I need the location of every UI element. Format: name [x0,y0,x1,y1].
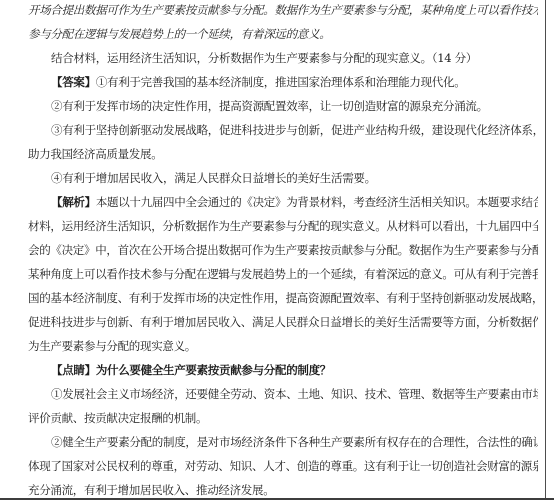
text-line-5: ②有利于发挥市场的决定性作用，提高资源配置效率，让一切创造财富的源泉充分涌流。 [28,94,538,118]
line-text: ②有利于发挥市场的决定性作用，提高资源配置效率，让一切创造财富的源泉充分涌流。 [51,99,488,113]
line-text: ④有利于增加居民收入，满足人民群众日益增长的美好生活需要。 [51,171,376,185]
line-text: 为生产要素参与分配的现实意义。 [28,339,196,353]
line-text: 评价贡献、按贡献决定报酬的机制。 [28,411,207,425]
text-line-2: 参与分配在逻辑与发展趋势上的一个延续，有着深远的意义。 [28,22,538,46]
line-text: 参与分配在逻辑与发展趋势上的一个延续，有着深远的意义。 [28,27,330,41]
line-text: 体现了国家对公民权利的尊重，对劳动、知识、人才、创造的尊重。这有利于让一切创造社… [28,459,538,473]
text-line-21: 充分涌流，有利于增加居民收入、推动经济发展。 [28,478,538,500]
text-line-18: 评价贡献、按贡献决定报酬的机制。 [28,406,538,430]
line-text: 助力我国经济高质量发展。 [28,147,162,161]
line-text: 材料，运用经济生活知识，分析数据作为生产要素参与分配的现实意义。从材料可以看出，… [28,219,538,233]
line-text: ③有利于坚持创新驱动发展战略，促进科技进步与创新，促进产业结构升级，建设现代化经… [51,123,538,137]
text-line-19: ②健全生产要素分配的制度，是对市场经济条件下各种生产要素所有权存在的合理性，合法… [28,430,538,454]
text-line-8: ④有利于增加居民收入，满足人民群众日益增长的美好生活需要。 [28,166,538,190]
line-text: 会的《决定》中，首次在公开场合提出数据可作为生产要素按贡献参与分配。数据作为生产… [28,243,538,257]
text-line-15: 为生产要素参与分配的现实意义。 [28,334,538,358]
line-text: ①发展社会主义市场经济，还要健全劳动、资本、土地、知识、技术、管理、数据等生产要… [51,387,538,401]
document-text: 开场合提出数据可作为生产要素按贡献参与分配。数据作为生产要素参与分配，某种角度上… [28,0,538,500]
text-line-12: 某种角度上可以看作技术参与分配在逻辑与发展趋势上的一个延续，有着深远的意义。可从… [28,262,538,286]
text-line-10: 材料，运用经济生活知识，分析数据作为生产要素参与分配的现实意义。从材料可以看出，… [28,214,538,238]
text-line-1: 开场合提出数据可作为生产要素按贡献参与分配。数据作为生产要素参与分配，某种角度上… [28,0,538,22]
text-line-13: 国的基本经济制度、有利于发挥市场的决定性作用，提高资源配置效率、有利于坚持创新驱… [28,286,538,310]
line-text: 某种角度上可以看作技术参与分配在逻辑与发展趋势上的一个延续，有着深远的意义。可从… [28,267,538,281]
line-text: 国的基本经济制度、有利于发挥市场的决定性作用，提高资源配置效率、有利于坚持创新驱… [28,291,538,305]
line-text: 本题以十九届四中全会通过的《决定》为背景材料，考查经济生活相关知识。本题要求结合 [96,195,538,209]
line-text: 结合材料，运用经济生活知识，分析数据作为生产要素参与分配的现实意义。（14 分） [51,51,477,65]
line-text: 促进科技进步与创新、有利于增加居民收入、满足人民群众日益增长的美好生活需要等方面… [28,315,538,329]
section-label: 【解析】 [51,195,96,209]
text-line-6: ③有利于坚持创新驱动发展战略，促进科技进步与创新，促进产业结构升级，建设现代化经… [28,118,538,142]
text-line-16: 【点睛】为什么要健全生产要素按贡献参与分配的制度？ [28,358,538,382]
text-line-7: 助力我国经济高质量发展。 [28,142,538,166]
text-line-14: 促进科技进步与创新、有利于增加居民收入、满足人民群众日益增长的美好生活需要等方面… [28,310,538,334]
text-line-4: 【答案】①有利于完善我国的基本经济制度，推进国家治理体系和治理能力现代化。 [28,70,538,94]
document-page: 开场合提出数据可作为生产要素按贡献参与分配。数据作为生产要素参与分配，某种角度上… [0,0,554,500]
line-text: ①有利于完善我国的基本经济制度，推进国家治理体系和治理能力现代化。 [96,75,466,89]
line-text: 充分涌流，有利于增加居民收入、推动经济发展。 [28,483,274,497]
page-right-border [545,0,546,500]
text-line-20: 体现了国家对公民权利的尊重，对劳动、知识、人才、创造的尊重。这有利于让一切创造社… [28,454,538,478]
line-text: 开场合提出数据可作为生产要素按贡献参与分配。数据作为生产要素参与分配，某种角度上… [28,3,538,17]
line-text: ②健全生产要素分配的制度，是对市场经济条件下各种生产要素所有权存在的合理性，合法… [51,435,538,449]
text-line-9: 【解析】本题以十九届四中全会通过的《决定》为背景材料，考查经济生活相关知识。本题… [28,190,538,214]
section-label: 【答案】 [51,75,96,89]
text-line-17: ①发展社会主义市场经济，还要健全劳动、资本、土地、知识、技术、管理、数据等生产要… [28,382,538,406]
line-text: 为什么要健全生产要素按贡献参与分配的制度？ [96,363,331,377]
text-line-11: 会的《决定》中，首次在公开场合提出数据可作为生产要素按贡献参与分配。数据作为生产… [28,238,538,262]
text-line-3: 结合材料，运用经济生活知识，分析数据作为生产要素参与分配的现实意义。（14 分） [28,46,538,70]
section-label: 【点睛】 [51,363,96,377]
